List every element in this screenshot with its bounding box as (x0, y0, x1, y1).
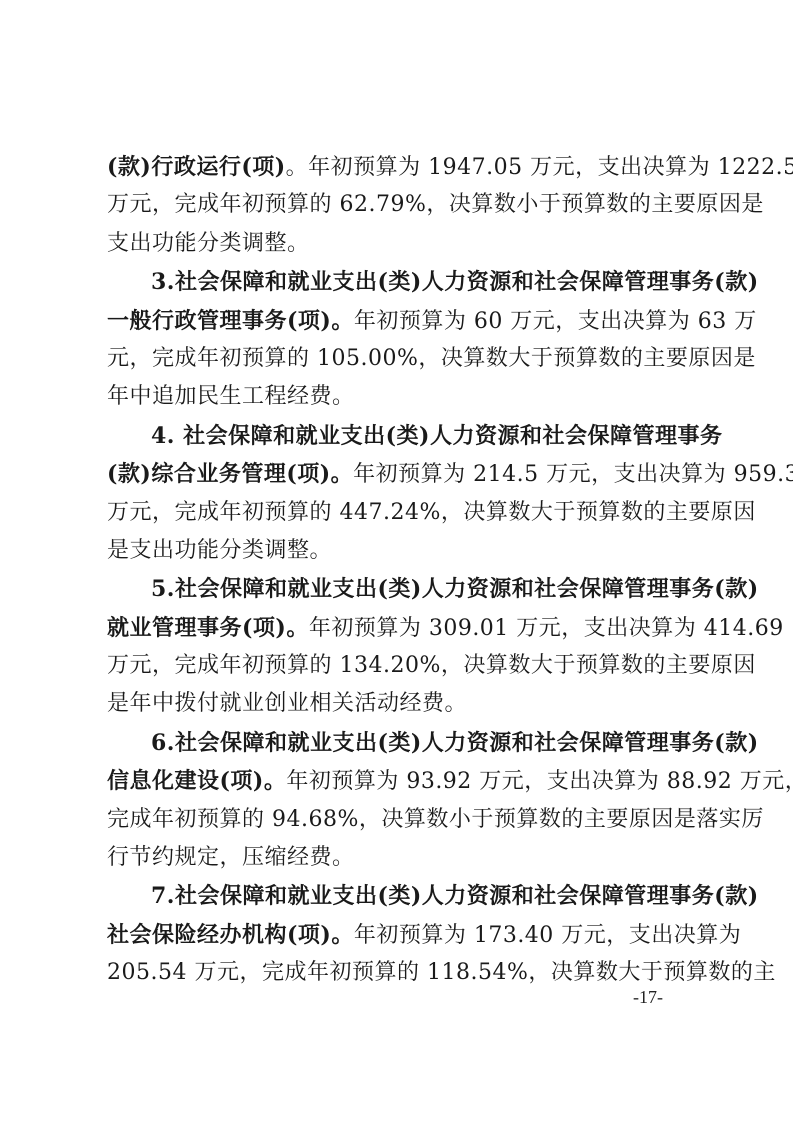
item-text: 年中追加民生工程经费。 (107, 384, 355, 409)
text-line: 万元，完成年初预算的 447.24%，决算数大于预算数的主要原因 (107, 494, 695, 532)
item-text: 元，完成年初预算的 105.00%，决算数大于预算数的主要原因是 (107, 346, 756, 371)
text-line: 是支出功能分类调整。 (107, 532, 695, 570)
paragraph-item-5: 5.社会保障和就业支出(类)人力资源和社会保障管理事务(款) 就业管理事务(项)… (107, 570, 695, 724)
item-text: 万元，完成年初预算的 447.24%，决算数大于预算数的主要原因 (107, 500, 756, 525)
text-line: (款)行政运行(项)。年初预算为 1947.05 万元，支出决算为 1222.5 (107, 148, 695, 186)
item-text: 万元，完成年初预算的 62.79%，决算数小于预算数的主要原因是 (107, 192, 764, 217)
item-text: 是支出功能分类调整。 (107, 538, 332, 563)
item-text: 支出功能分类调整。 (107, 231, 310, 256)
text-line: 205.54 万元，完成年初预算的 118.54%，决算数大于预算数的主 (107, 954, 695, 992)
paragraph-item-7: 7.社会保障和就业支出(类)人力资源和社会保障管理事务(款) 社会保险经办机构(… (107, 877, 695, 992)
item-heading: 7.社会保障和就业支出(类)人力资源和社会保障管理事务(款) (151, 883, 759, 909)
item-text: 行节约规定，压缩经费。 (107, 845, 355, 870)
item-text: 完成年初预算的 94.68%，决算数小于预算数的主要原因是落实厉 (107, 807, 764, 832)
item-text: 年初预算为 93.92 万元，支出决算为 88.92 万元， (286, 769, 793, 794)
paragraph-item-4: 4. 社会保障和就业支出(类)人力资源和社会保障管理事务 (款)综合业务管理(项… (107, 417, 695, 571)
item-heading: 3.社会保障和就业支出(类)人力资源和社会保障管理事务(款) (151, 269, 759, 295)
text-line: 7.社会保障和就业支出(类)人力资源和社会保障管理事务(款) (107, 877, 695, 915)
text-line: 4. 社会保障和就业支出(类)人力资源和社会保障管理事务 (107, 417, 695, 455)
text-line: 6.社会保障和就业支出(类)人力资源和社会保障管理事务(款) (107, 724, 695, 762)
text-line: 社会保险经办机构(项)。年初预算为 173.40 万元，支出决算为 (107, 916, 695, 954)
item-heading: 6.社会保障和就业支出(类)人力资源和社会保障管理事务(款) (151, 730, 759, 756)
item-heading: 信息化建设(项)。 (107, 768, 286, 794)
text-line: 5.社会保障和就业支出(类)人力资源和社会保障管理事务(款) (107, 570, 695, 608)
text-line: 是年中拨付就业创业相关活动经费。 (107, 685, 695, 723)
document-page: (款)行政运行(项)。年初预算为 1947.05 万元，支出决算为 1222.5… (107, 148, 695, 993)
text-line: 支出功能分类调整。 (107, 225, 695, 263)
item-text: 万元，完成年初预算的 134.20%，决算数大于预算数的主要原因 (107, 653, 756, 678)
text-line: 就业管理事务(项)。年初预算为 309.01 万元，支出决算为 414.69 (107, 609, 695, 647)
text-line: 完成年初预算的 94.68%，决算数小于预算数的主要原因是落实厉 (107, 801, 695, 839)
paragraph-item-3: 3.社会保障和就业支出(类)人力资源和社会保障管理事务(款) 一般行政管理事务(… (107, 263, 695, 417)
item-heading: (款)综合业务管理(项)。 (107, 461, 353, 487)
text-line: (款)综合业务管理(项)。年初预算为 214.5 万元，支出决算为 959.33 (107, 455, 695, 493)
item-text: 。年初预算为 1947.05 万元，支出决算为 1222.5 (286, 155, 793, 180)
page-number: -17- (633, 987, 663, 1008)
text-line: 万元，完成年初预算的 134.20%，决算数大于预算数的主要原因 (107, 647, 695, 685)
item-text: 年初预算为 309.01 万元，支出决算为 414.69 (309, 616, 784, 641)
paragraph-administrative-operation: (款)行政运行(项)。年初预算为 1947.05 万元，支出决算为 1222.5… (107, 148, 695, 263)
item-text: 是年中拨付就业创业相关活动经费。 (107, 691, 467, 716)
text-line: 万元，完成年初预算的 62.79%，决算数小于预算数的主要原因是 (107, 186, 695, 224)
text-line: 信息化建设(项)。年初预算为 93.92 万元，支出决算为 88.92 万元， (107, 762, 695, 800)
item-text: 205.54 万元，完成年初预算的 118.54%，决算数大于预算数的主 (107, 960, 776, 985)
item-heading: 4. 社会保障和就业支出(类)人力资源和社会保障管理事务 (151, 423, 722, 449)
paragraph-item-6: 6.社会保障和就业支出(类)人力资源和社会保障管理事务(款) 信息化建设(项)。… (107, 724, 695, 878)
text-line: 一般行政管理事务(项)。年初预算为 60 万元，支出决算为 63 万 (107, 302, 695, 340)
item-text: 年初预算为 214.5 万元，支出决算为 959.33 (353, 462, 793, 487)
text-line: 元，完成年初预算的 105.00%，决算数大于预算数的主要原因是 (107, 340, 695, 378)
item-text: 年初预算为 173.40 万元，支出决算为 (354, 923, 741, 948)
item-heading: 5.社会保障和就业支出(类)人力资源和社会保障管理事务(款) (151, 576, 759, 602)
item-text: 年初预算为 60 万元，支出决算为 63 万 (354, 309, 757, 334)
item-heading: 一般行政管理事务(项)。 (107, 308, 354, 334)
item-heading: (款)行政运行(项) (107, 154, 286, 180)
item-heading: 就业管理事务(项)。 (107, 615, 309, 641)
text-line: 3.社会保障和就业支出(类)人力资源和社会保障管理事务(款) (107, 263, 695, 301)
text-line: 年中追加民生工程经费。 (107, 378, 695, 416)
text-line: 行节约规定，压缩经费。 (107, 839, 695, 877)
item-heading: 社会保险经办机构(项)。 (107, 922, 354, 948)
